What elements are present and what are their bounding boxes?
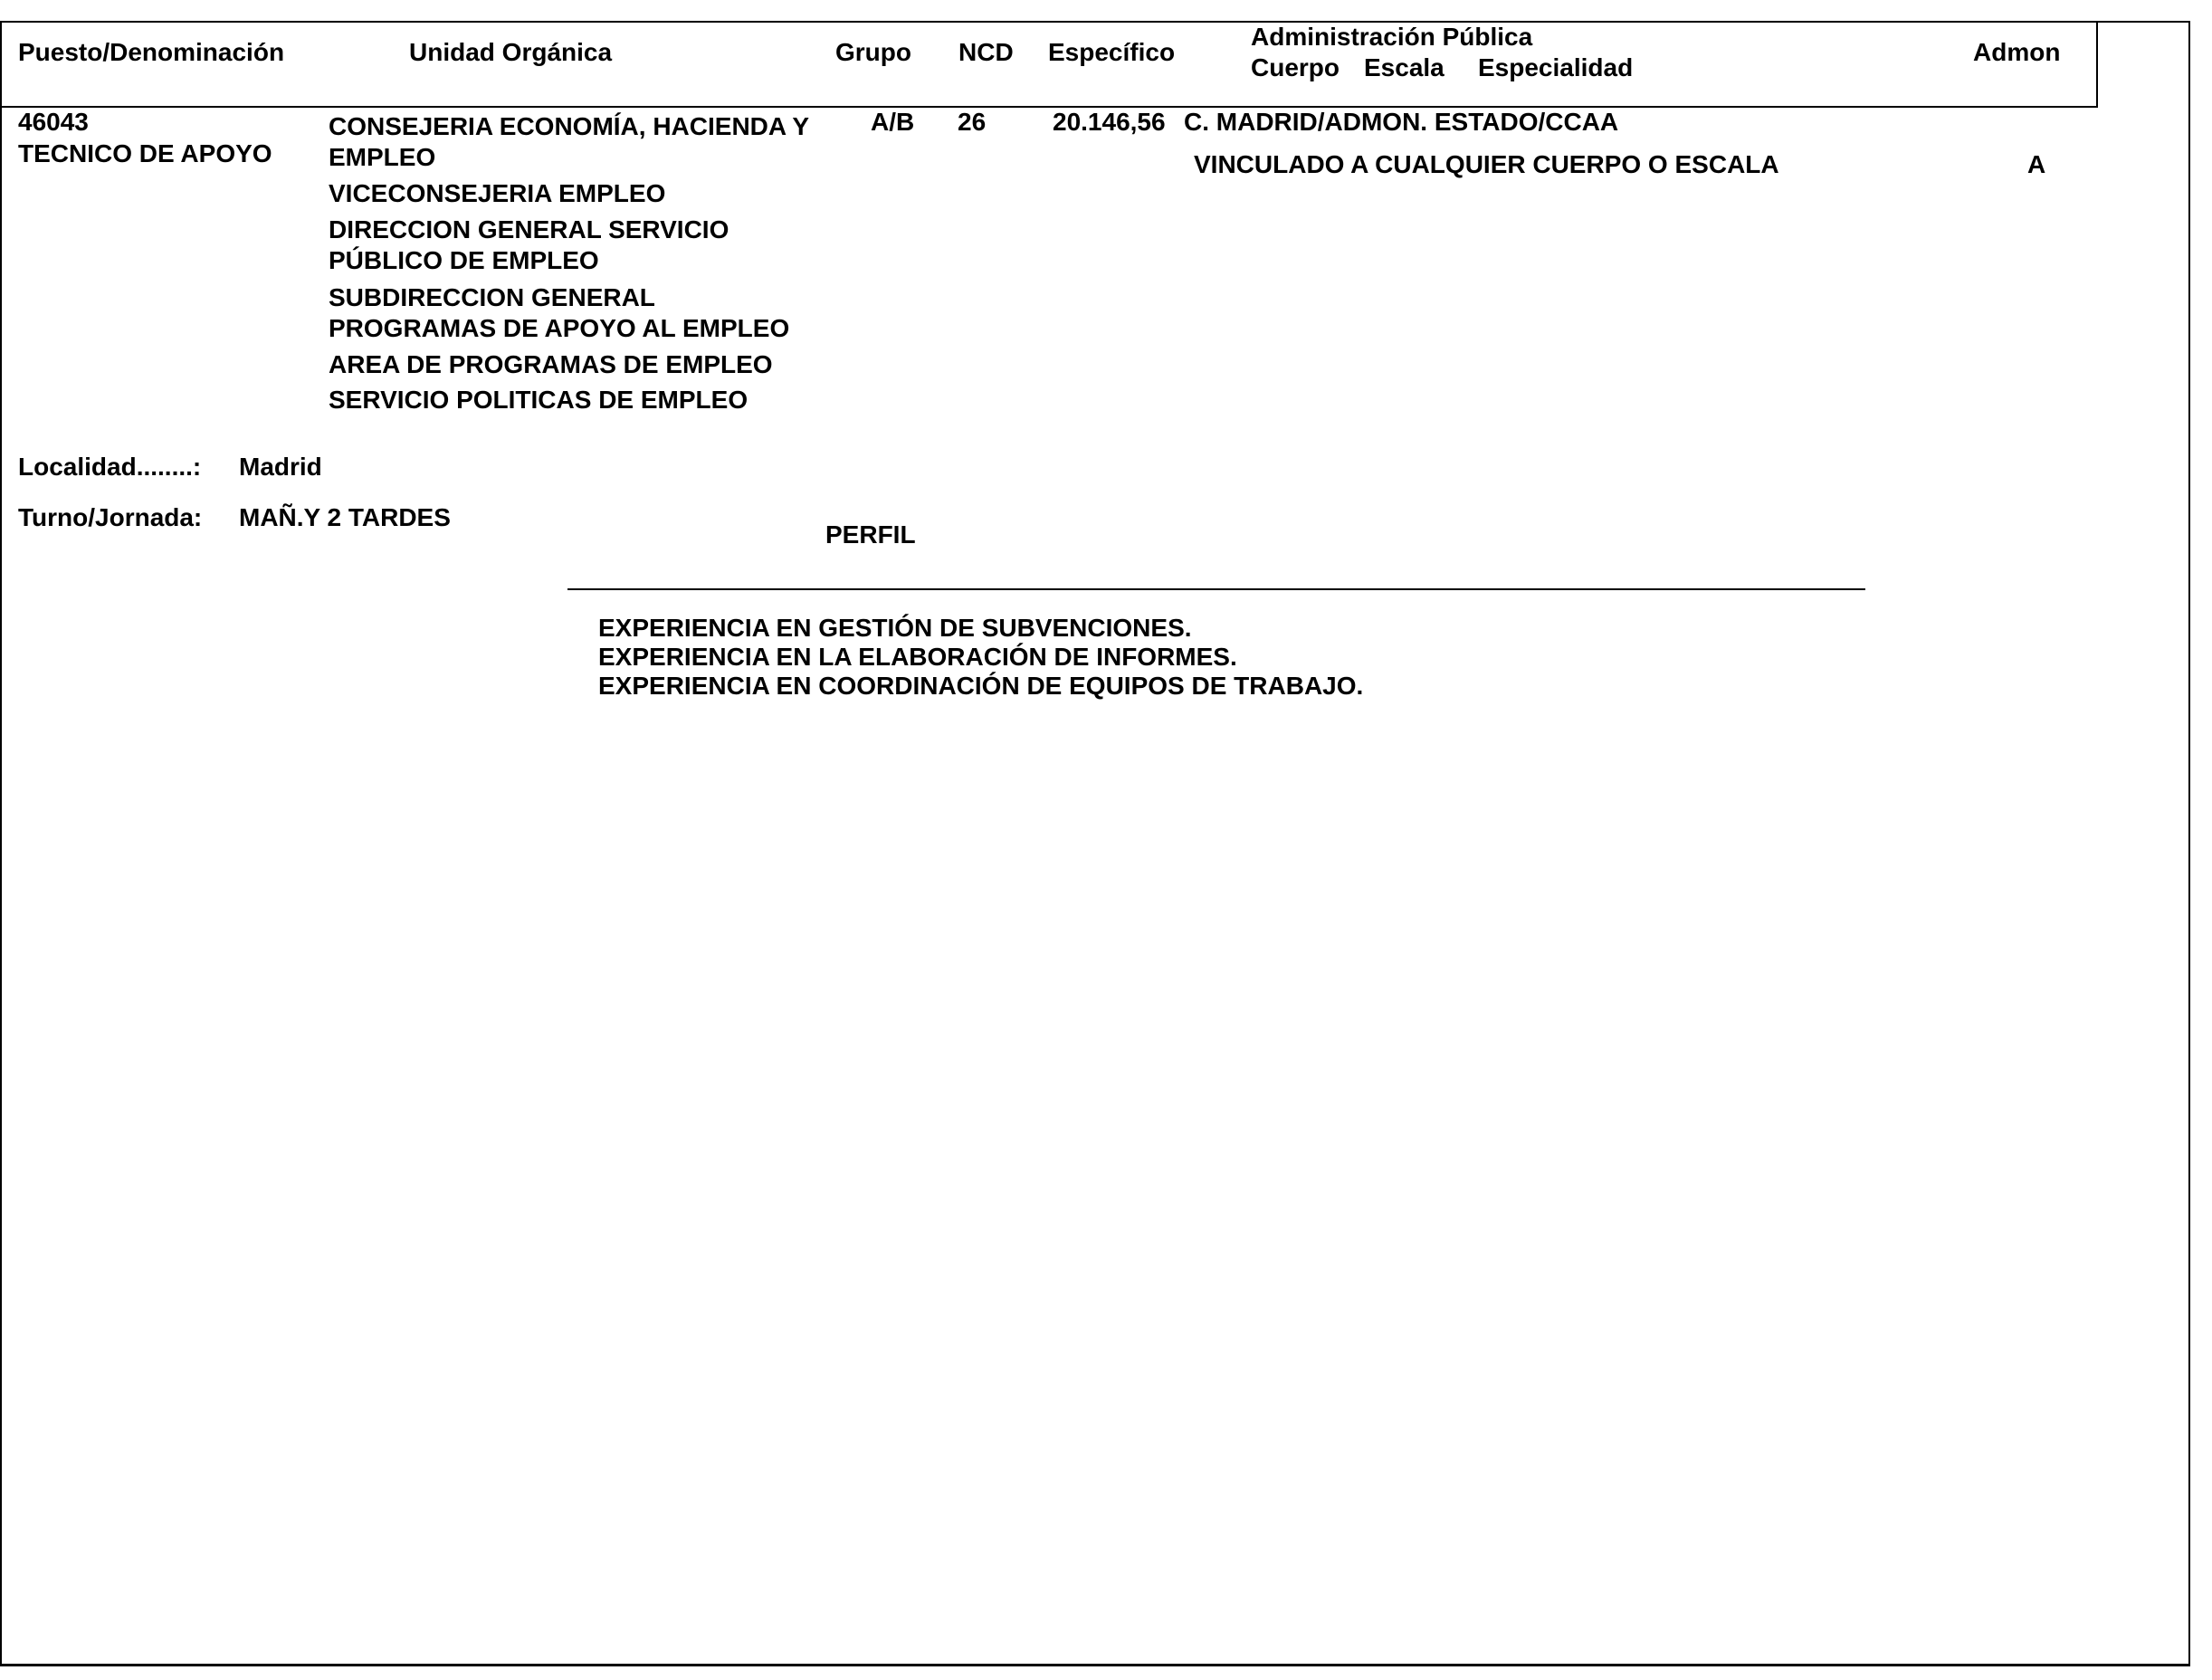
unidad-line: VICECONSEJERIA EMPLEO: [329, 179, 665, 208]
header-escala: Escala: [1364, 53, 1444, 82]
record-especifico: 20.146,56: [1053, 108, 1166, 137]
unidad-line: SUBDIRECCION GENERAL: [329, 283, 655, 312]
record-grupo: A/B: [871, 108, 914, 137]
unidad-line: EMPLEO: [329, 143, 435, 172]
turno-label: Turno/Jornada:: [18, 503, 202, 532]
unidad-line: CONSEJERIA ECONOMÍA, HACIENDA Y: [329, 112, 809, 141]
unidad-line: SERVICIO POLITICAS DE EMPLEO: [329, 386, 748, 415]
localidad-value: Madrid: [239, 453, 322, 482]
record-admon: A: [2027, 150, 2045, 179]
unidad-line: DIRECCION GENERAL SERVICIO: [329, 215, 729, 244]
header-admon: Admon: [1973, 38, 2060, 67]
header-administracion: Administración Pública: [1251, 23, 1532, 52]
header-cuerpo: Cuerpo: [1251, 53, 1340, 82]
unidad-line: AREA DE PROGRAMAS DE EMPLEO: [329, 350, 773, 379]
perfil-line: EXPERIENCIA EN COORDINACIÓN DE EQUIPOS D…: [598, 672, 1363, 701]
unidad-line: PÚBLICO DE EMPLEO: [329, 246, 599, 275]
record-administracion: C. MADRID/ADMON. ESTADO/CCAA: [1184, 108, 1618, 137]
record-codigo: 46043: [18, 108, 89, 137]
header-puesto: Puesto/Denominación: [18, 38, 284, 67]
record-ncd: 26: [958, 108, 986, 137]
perfil-line: EXPERIENCIA EN GESTIÓN DE SUBVENCIONES.: [598, 614, 1192, 643]
turno-value: MAÑ.Y 2 TARDES: [239, 503, 451, 532]
perfil-line: EXPERIENCIA EN LA ELABORACIÓN DE INFORME…: [598, 643, 1237, 672]
unidad-line: PROGRAMAS DE APOYO AL EMPLEO: [329, 314, 789, 343]
header-especialidad: Especialidad: [1478, 53, 1633, 82]
record-denominacion: TECNICO DE APOYO: [18, 139, 272, 168]
localidad-label: Localidad........:: [18, 453, 201, 482]
record-cuerpo-escala: VINCULADO A CUALQUIER CUERPO O ESCALA: [1194, 150, 1779, 179]
perfil-title: PERFIL: [825, 520, 916, 549]
header-unidad: Unidad Orgánica: [409, 38, 612, 67]
header-ncd: NCD: [958, 38, 1014, 67]
header-especifico: Específico: [1048, 38, 1175, 67]
perfil-divider: [567, 588, 1865, 590]
header-grupo: Grupo: [835, 38, 911, 67]
